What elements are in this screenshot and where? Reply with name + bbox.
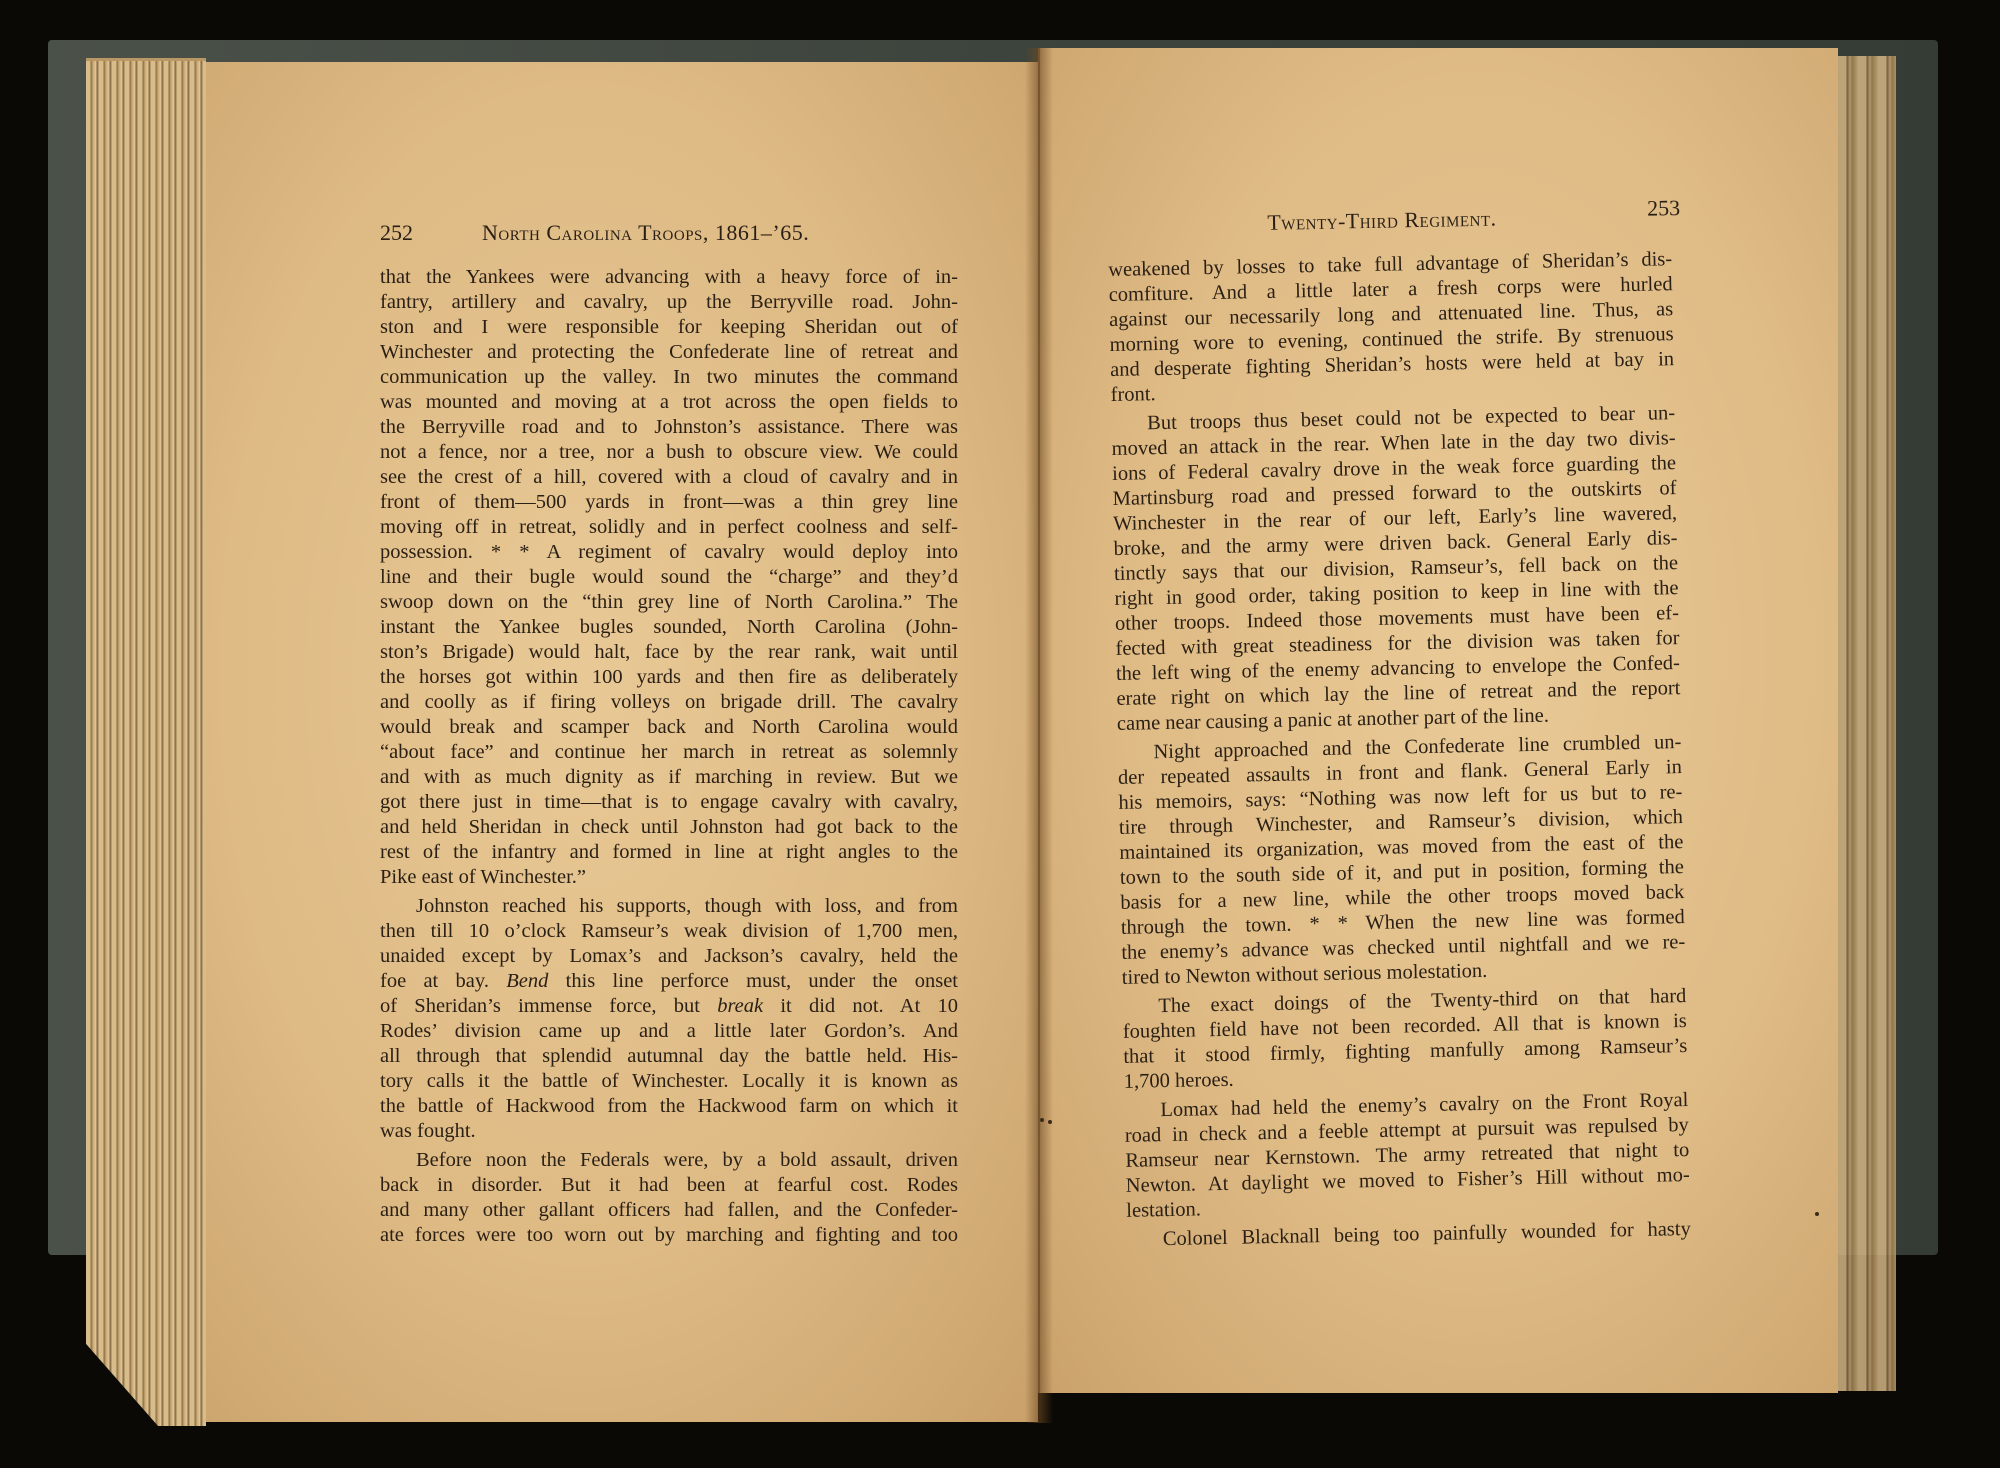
- left-paragraph-3: Before noon the Federals were, by a bold…: [380, 1148, 958, 1248]
- text-line: all through that splendid autumnal day t…: [380, 1044, 958, 1069]
- text-line: “about face” and continue her march in r…: [380, 740, 958, 765]
- text-line: that the Yankees were advancing with a h…: [380, 265, 958, 290]
- text-line: communication up the valley. In two minu…: [380, 365, 958, 390]
- text-line: Before noon the Federals were, by a bold…: [380, 1148, 958, 1173]
- text-line: line and their bugle would sound the “ch…: [380, 565, 958, 590]
- right-paragraph-1: weakened by losses to take full advantag…: [1108, 247, 1675, 408]
- left-page-number: 252: [380, 220, 413, 246]
- left-paragraph-1: that the Yankees were advancing with a h…: [380, 265, 958, 890]
- text-line: Winchester and protecting the Confederat…: [380, 340, 958, 365]
- text-line: then till 10 o’clock Ramseur’s weak divi…: [380, 919, 958, 944]
- text-line: Johnston reached his supports, though wi…: [380, 894, 958, 919]
- text-line: instant the Yankee bugles sounded, North…: [380, 615, 958, 640]
- text-line: the Berryville road and to Johnston’s as…: [380, 415, 958, 440]
- text-line: Colonel Blacknall being too painfully wo…: [1127, 1217, 1691, 1253]
- text-line: ate forces were too worn out by marching…: [380, 1223, 958, 1248]
- text-line: ston’s Brigade) would halt, face by the …: [380, 640, 958, 665]
- text-line: was mounted and moving at a trot across …: [380, 390, 958, 415]
- text-line: back in disorder. But it had been at fea…: [380, 1173, 958, 1198]
- text-line: swoop down on the “thin grey line of Nor…: [380, 590, 958, 615]
- right-paragraph-3: Night approached and the Confederate lin…: [1117, 730, 1686, 991]
- text-line: the horses got within 100 yards and then…: [380, 665, 958, 690]
- text-line: and coolly as if firing volleys on briga…: [380, 690, 958, 715]
- text-line: Rodes’ division came up and a little lat…: [380, 1019, 958, 1044]
- left-running-head: North Carolina Troops, 1861–’65.: [482, 220, 809, 246]
- text-line: possession. * * A regiment of cavalry wo…: [380, 540, 958, 565]
- right-paragraph-2: But troops thus beset could not be expec…: [1111, 401, 1681, 737]
- paper-speck: [1048, 1120, 1052, 1124]
- left-page-edges: [86, 58, 206, 1426]
- right-paragraph-4: The exact doings of the Twenty-third on …: [1122, 984, 1688, 1095]
- right-page-content: Twenty-Third Regiment. 253 weakened by l…: [1108, 247, 1707, 1258]
- text-line: got there just in time—that is to engage…: [380, 790, 958, 815]
- text-line: Pike east of Winchester.”: [380, 865, 958, 890]
- left-paragraph-2: Johnston reached his supports, though wi…: [380, 894, 958, 1144]
- paper-speck: [1815, 1212, 1819, 1216]
- text-line: would break and scamper back and North C…: [380, 715, 958, 740]
- text-line: rest of the infantry and formed in line …: [380, 840, 958, 865]
- right-page-body: weakened by losses to take full advantag…: [1108, 247, 1691, 1253]
- text-line: front of them—500 yards in front—was a t…: [380, 490, 958, 515]
- right-paragraph-5: Lomax had held the enemy’s cavalry on th…: [1124, 1088, 1690, 1224]
- right-running-head: Twenty-Third Regiment.: [1267, 206, 1497, 236]
- text-line: not a fence, nor a tree, nor a bush to o…: [380, 440, 958, 465]
- right-paragraph-6: Colonel Blacknall being too painfully wo…: [1127, 1217, 1691, 1253]
- text-line: was fought.: [380, 1119, 958, 1144]
- text-line: foe at bay. Bend this line perforce must…: [380, 969, 958, 994]
- text-line: moving off in retreat, solidly and in pe…: [380, 515, 958, 540]
- right-page-number: 253: [1647, 195, 1680, 222]
- text-line: unaided except by Lomax’s and Jackson’s …: [380, 944, 958, 969]
- text-line: see the crest of a hill, covered with a …: [380, 465, 958, 490]
- book-gutter: [1025, 48, 1053, 1423]
- text-line: the battle of Hackwood from the Hackwood…: [380, 1094, 958, 1119]
- text-line: and held Sheridan in check until Johnsto…: [380, 815, 958, 840]
- text-line: ston and I were responsible for keeping …: [380, 315, 958, 340]
- paper-speck: [1040, 1118, 1044, 1122]
- text-line: and with as much dignity as if marching …: [380, 765, 958, 790]
- text-line: fantry, artillery and cavalry, up the Be…: [380, 290, 958, 315]
- text-line: of Sheridan’s immense force, but break i…: [380, 994, 958, 1019]
- text-line: tory calls it the battle of Winchester. …: [380, 1069, 958, 1094]
- text-line: and many other gallant officers had fall…: [380, 1198, 958, 1223]
- right-page-edges: [1838, 56, 1896, 1391]
- left-page-body: that the Yankees were advancing with a h…: [380, 265, 958, 1248]
